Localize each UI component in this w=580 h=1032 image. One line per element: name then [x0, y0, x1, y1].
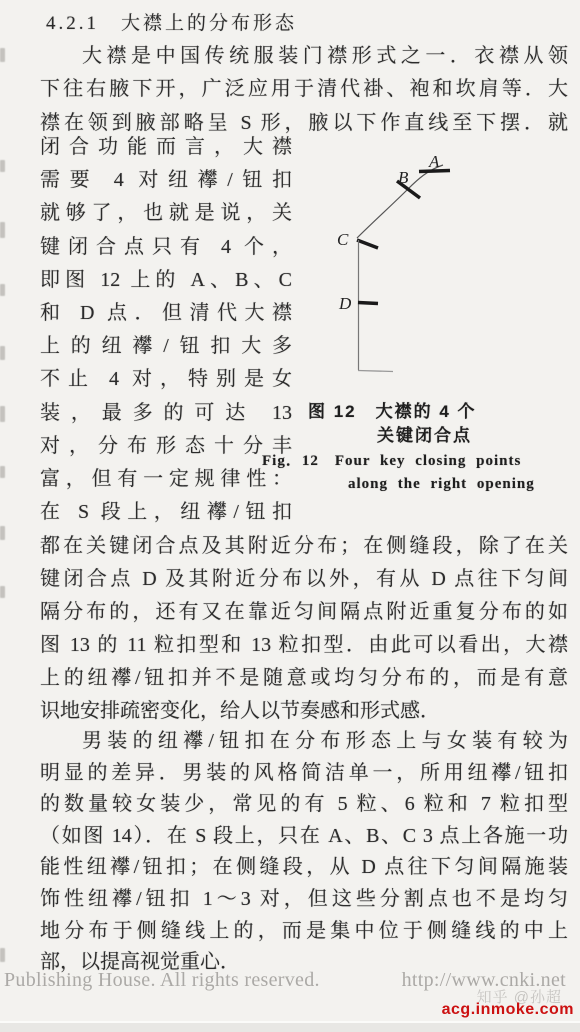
left-text-column-line: 即图 12 上的 A、B、C — [40, 264, 292, 297]
page-edge-artifact — [0, 526, 5, 540]
left-text-column-line: 和 D 点．但清代大襟 — [40, 297, 292, 330]
point-label-b: B — [398, 168, 409, 187]
figure-caption-zh-line1: 图 12 大襟的 4 个 — [308, 397, 477, 422]
left-text-column-line: 需要 4 对纽襻/钮扣 — [40, 164, 292, 197]
figure-caption-en-line1: Fig．12 Four key closing points — [262, 449, 521, 470]
figure-caption-zh-line2: 关键闭合点 — [377, 421, 472, 446]
paragraph-1: 大襟是中国传统服装门襟形式之一．衣襟从领下往右腋下开，广泛应用于清代褂、袍和坎肩… — [40, 40, 568, 140]
point-label-a: A — [428, 152, 440, 171]
document-page: 4.2.1 大襟上的分布形态 大襟是中国传统服装门襟形式之一．衣襟从领下往右腋下… — [0, 0, 580, 1032]
page-edge-artifact — [0, 48, 5, 62]
page-edge-artifact — [0, 284, 5, 296]
paragraph-2-line: 识地安排疏密变化，给人以节奏感和形式感． — [40, 695, 568, 728]
figure-caption-en-line2: along the right opening — [348, 476, 535, 493]
page-edge-artifact — [0, 406, 5, 422]
left-text-column-line: 装，最多的可达 13 — [40, 397, 292, 430]
left-text-column: 闭合功能而言，大襟需要 4 对纽襻/钮扣就够了，也就是说，关键闭合点只有 4 个… — [40, 131, 292, 529]
figure-12-drawing: A B C D — [330, 145, 480, 377]
paragraph-2-line: 键闭合点 D 及其附近分布以外，有从 D 点往下匀间 — [40, 563, 568, 596]
page-edge-artifact — [0, 586, 5, 598]
left-text-column-line: 在 S 段上，纽襻/钮扣 — [40, 496, 292, 529]
tick-d — [358, 303, 378, 304]
page-edge-artifact — [0, 160, 5, 172]
paragraph-2: 都在关键闭合点及其附近分布；在侧缝段，除了在关键闭合点 D 及其附近分布以外，有… — [40, 530, 568, 728]
paragraph-2-line: 上的纽襻/钮扣并不是随意或均匀分布的，而是有意 — [40, 662, 568, 695]
left-text-column-line: 上的纽襻/钮扣大多 — [40, 330, 292, 363]
left-text-column-line: 不止 4 对，特别是女 — [40, 363, 292, 396]
site-watermark: acg.inmoke.com — [442, 1001, 574, 1019]
paragraph-2-line: 都在关键闭合点及其附近分布；在侧缝段，除了在关 — [40, 530, 568, 563]
page-bottom-edge — [0, 1021, 580, 1032]
section-heading: 4.2.1 大襟上的分布形态 — [46, 8, 297, 35]
paragraph-3-line: 地分布于侧缝线上的，而是集中位于侧缝线的中上 — [40, 916, 568, 948]
left-text-column-line: 闭合功能而言，大襟 — [40, 131, 292, 164]
point-label-c: C — [337, 230, 349, 249]
left-text-column-line: 键闭合点只有 4 个， — [40, 231, 292, 264]
tick-c — [357, 240, 378, 248]
page-edge-artifact — [0, 346, 5, 360]
point-label-d: D — [338, 294, 352, 313]
left-text-column-line: 对，分布形态十分丰 — [40, 430, 292, 463]
paragraph-3-line: 能性纽襻/钮扣；在侧缝段，从 D 点往下匀间隔施装 — [40, 852, 568, 884]
left-text-column-line: 就够了，也就是说，关 — [40, 197, 292, 230]
paragraph-3-line: （如图 14）．在 S 段上，只在 A、B、C 3 点上各施一功 — [40, 821, 568, 853]
paragraph-3: 男装的纽襻/钮扣在分布形态上与女装有较为明显的差异．男装的风格简洁单一，所用纽襻… — [40, 726, 568, 979]
paragraph-1-line: 下往右腋下开，广泛应用于清代褂、袍和坎肩等．大 — [40, 73, 568, 106]
paragraph-1-line: 大襟是中国传统服装门襟形式之一．衣襟从领 — [40, 40, 568, 73]
page-edge-artifact — [0, 222, 5, 238]
hem-line — [358, 371, 393, 372]
paragraph-2-line: 隔分布的，还有又在靠近匀间隔点附近重复分布的如 — [40, 596, 568, 629]
paragraph-2-line: 图 13 的 11 粒扣型和 13 粒扣型．由此可以看出，大襟 — [40, 629, 568, 662]
paragraph-3-line: 明显的差异．男装的风格简洁单一，所用纽襻/钮扣 — [40, 758, 568, 790]
paragraph-3-line: 的数量较女装少，常见的有 5 粒、6 粒和 7 粒扣型 — [40, 789, 568, 821]
paragraph-3-line: 男装的纽襻/钮扣在分布形态上与女装有较为 — [40, 726, 568, 758]
left-text-column-line: 富，但有一定规律性： — [40, 463, 292, 496]
paragraph-3-line: 部，以提高视觉重心． — [40, 947, 568, 979]
page-edge-artifact — [0, 466, 5, 478]
page-edge-artifact — [0, 948, 5, 962]
paragraph-3-line: 饰性纽襻/钮扣 1～3 对，但这些分割点也不是均匀 — [40, 884, 568, 916]
